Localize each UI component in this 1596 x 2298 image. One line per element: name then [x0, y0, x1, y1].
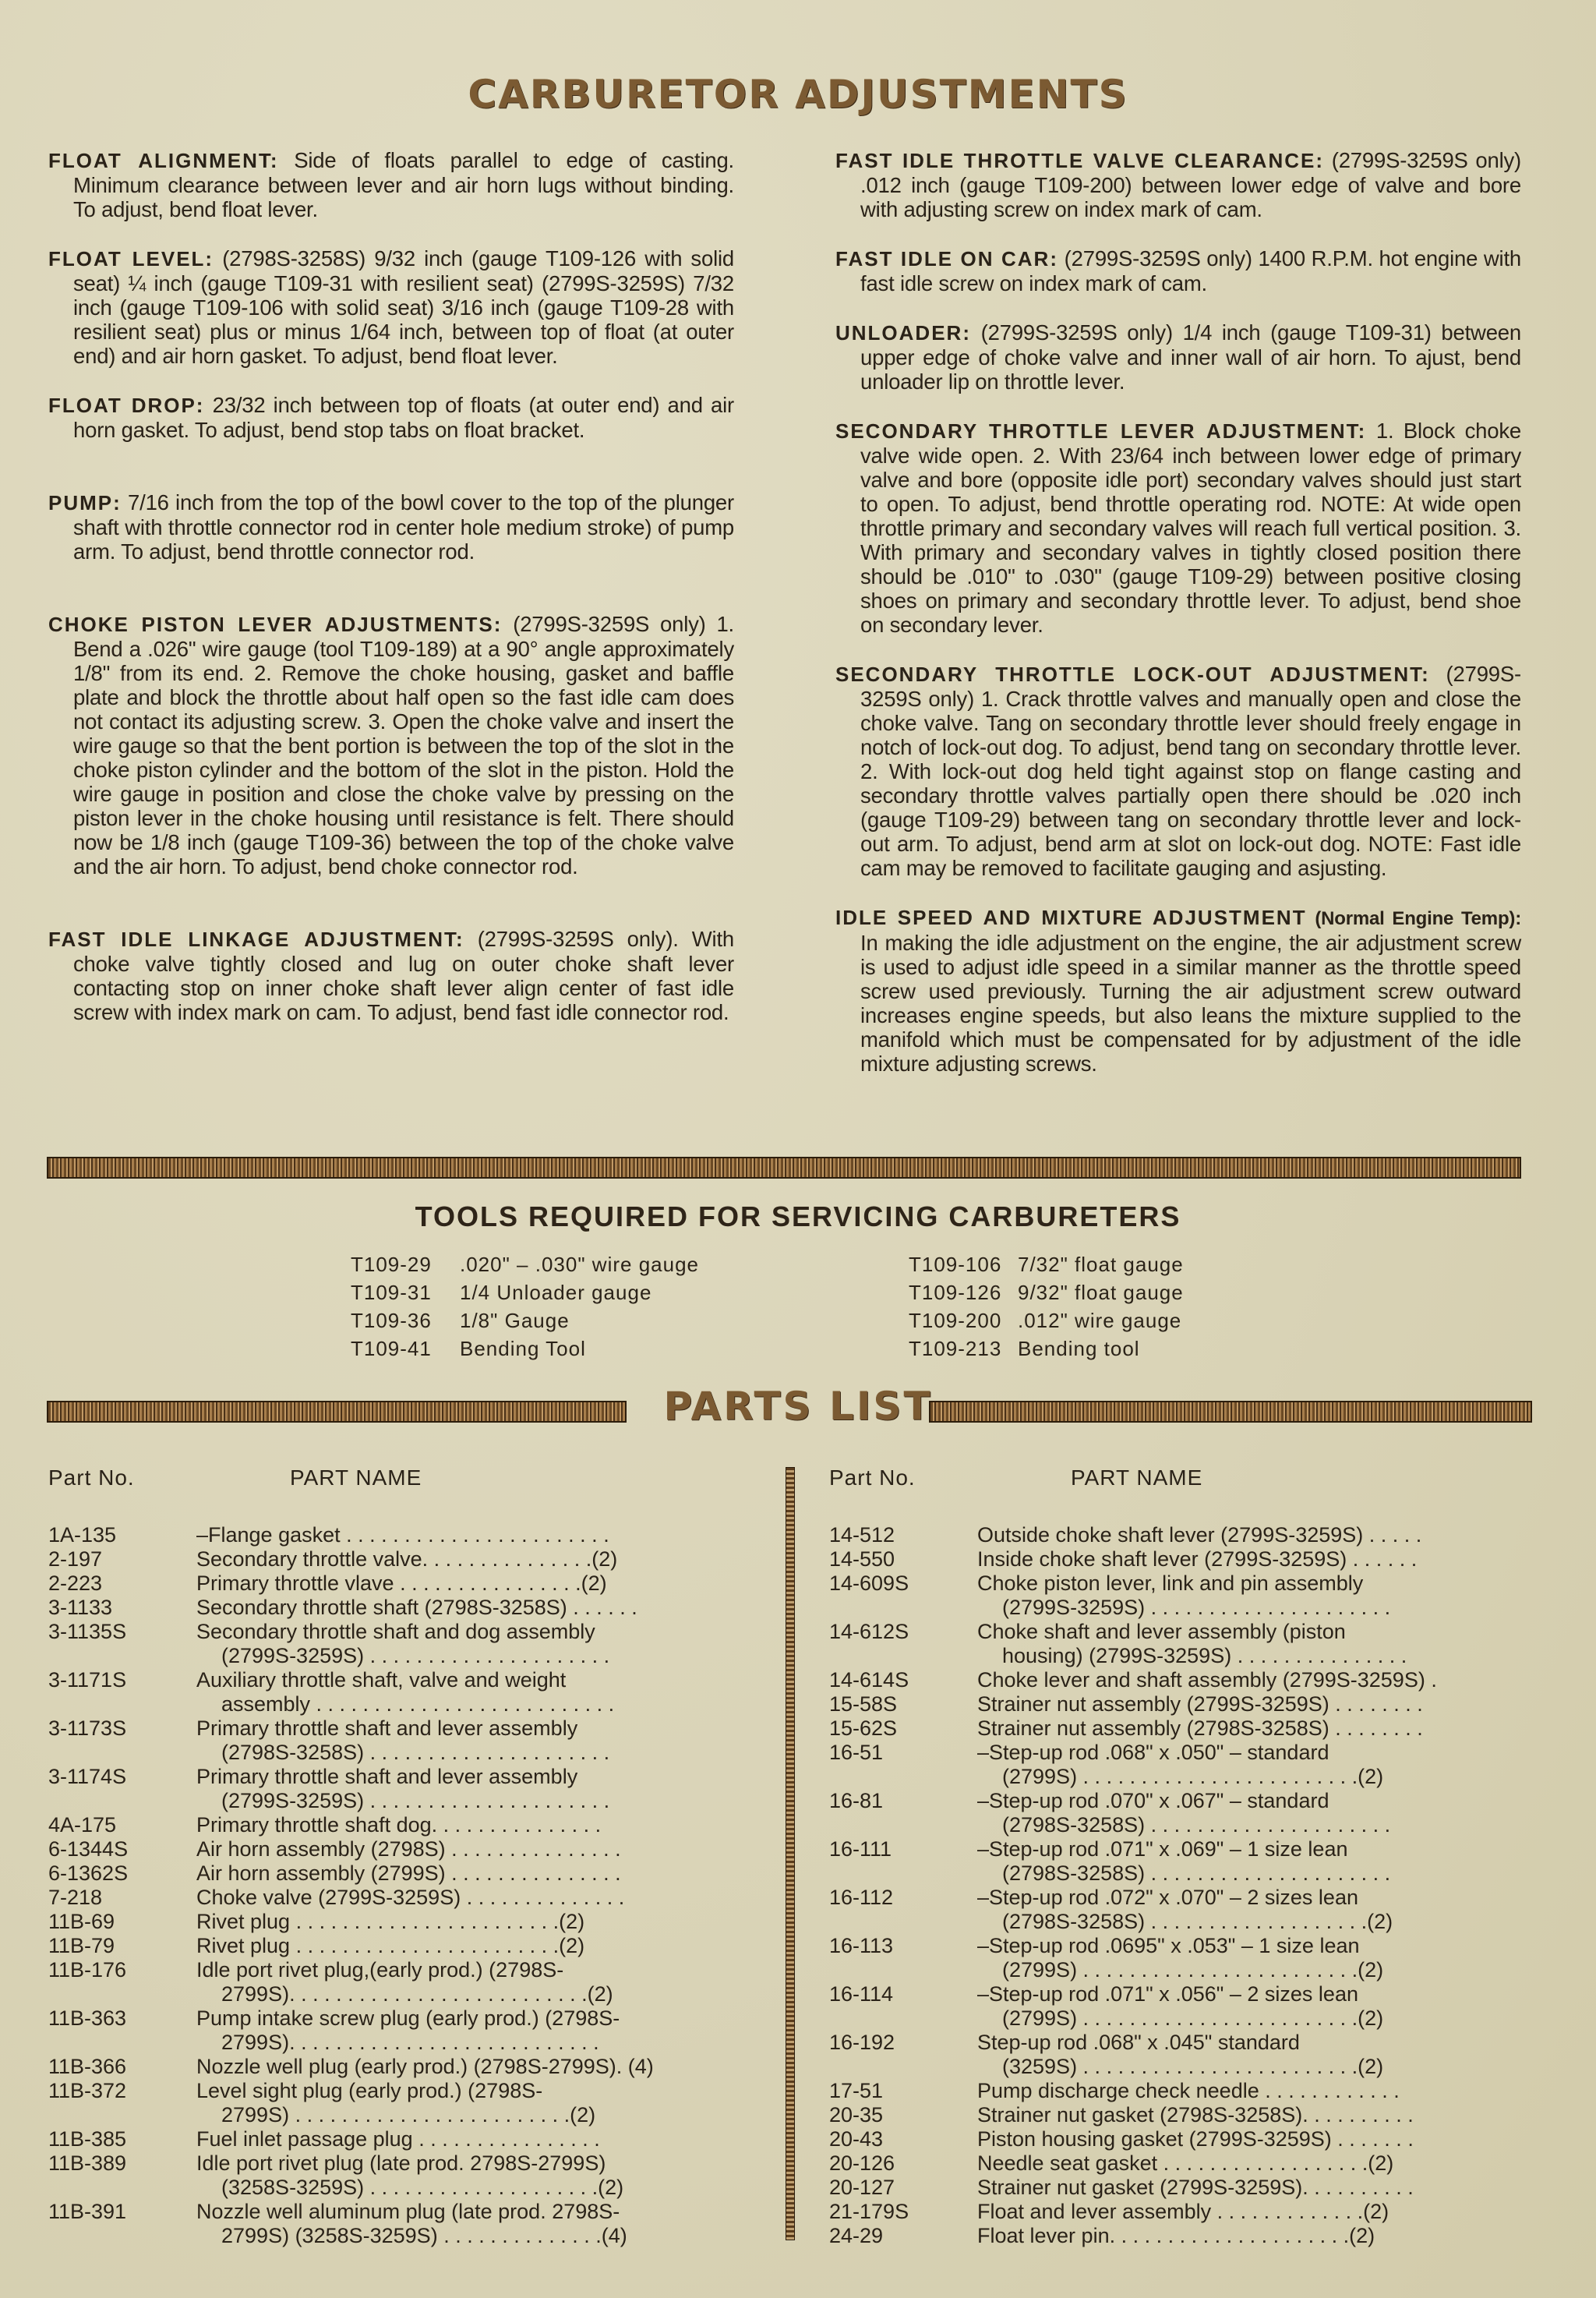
parts-row: 6-1362SAir horn assembly (2799S) . . . .…	[48, 1861, 773, 1886]
part-number: 16-51	[829, 1741, 977, 1789]
tool-code: T109-41	[351, 1335, 460, 1363]
part-name-line: Needle seat gasket . . . . . . . . . . .…	[977, 2151, 1393, 2175]
part-number: 20-43	[829, 2127, 977, 2151]
adjustment-fast-idle-throttle-valve: FAST IDLE THROTTLE VALVE CLEARANCE: (279…	[835, 148, 1521, 221]
part-name-line: Secondary throttle shaft (2798S-3258S) .…	[196, 1596, 637, 1619]
tool-code: T109-106	[909, 1250, 1018, 1278]
adjustment-secondary-throttle-lever: SECONDARY THROTTLE LEVER ADJUSTMENT: 1. …	[835, 419, 1521, 637]
adjustment-fast-idle-on-car: FAST IDLE ON CAR: (2799S-3259S only) 140…	[835, 246, 1521, 295]
part-name: Primary throttle shaft and lever assembl…	[196, 1765, 773, 1813]
part-name: Choke shaft and lever assembly (pistonho…	[977, 1620, 1554, 1668]
part-number: 2-197	[48, 1547, 196, 1571]
part-name: Strainer nut gasket (2798S-3258S). . . .…	[977, 2103, 1554, 2127]
parts-row: 11B-391Nozzle well aluminum plug (late p…	[48, 2200, 773, 2248]
part-number: 11B-372	[48, 2079, 196, 2127]
adjustment-float-drop: FLOAT DROP: 23/32 inch between top of fl…	[48, 393, 734, 442]
part-name: Choke valve (2799S-3259S) . . . . . . . …	[196, 1886, 773, 1910]
part-name-continuation: (2799S) . . . . . . . . . . . . . . . . …	[977, 1958, 1554, 1982]
part-name: Fuel inlet passage plug . . . . . . . . …	[196, 2127, 773, 2151]
part-name-line: Choke shaft and lever assembly (piston	[977, 1620, 1346, 1643]
part-name-line: –Step-up rod .068" x .050" – standard	[977, 1741, 1329, 1764]
part-number: 11B-391	[48, 2200, 196, 2248]
part-name: Nozzle well aluminum plug (late prod. 27…	[196, 2200, 773, 2248]
part-number: 3-1174S	[48, 1765, 196, 1813]
part-number: 16-113	[829, 1934, 977, 1982]
part-number: 3-1171S	[48, 1668, 196, 1716]
part-name-continuation: (2798S-3258S) . . . . . . . . . . . . . …	[977, 1910, 1554, 1934]
part-name-line: Strainer nut assembly (2798S-3258S) . . …	[977, 1716, 1423, 1740]
part-name: Rivet plug . . . . . . . . . . . . . . .…	[196, 1910, 773, 1934]
adjustment-note: (Normal Engine Temp):	[1315, 908, 1521, 929]
part-number: 3-1135S	[48, 1620, 196, 1668]
tool-code: T109-29	[351, 1250, 460, 1278]
part-name: Idle port rivet plug (late prod. 2798S-2…	[196, 2151, 773, 2200]
part-name-line: Piston housing gasket (2799S-3259S) . . …	[977, 2127, 1414, 2151]
adjustment-text: 1. Block choke valve wide open. 2. With …	[860, 419, 1521, 637]
part-number: 20-35	[829, 2103, 977, 2127]
parts-row: 14-614SChoke lever and shaft assembly (2…	[829, 1668, 1554, 1692]
tool-desc: 1/8" Gauge	[460, 1306, 570, 1335]
part-name-line: Choke valve (2799S-3259S) . . . . . . . …	[196, 1886, 624, 1909]
parts-header: Part No. PART NAME	[829, 1465, 1554, 1490]
parts-row: 3-1171SAuxiliary throttle shaft, valve a…	[48, 1668, 773, 1716]
parts-row: 20-127Strainer nut gasket (2799S-3259S).…	[829, 2176, 1554, 2200]
part-name-continuation: 2799S) . . . . . . . . . . . . . . . . .…	[196, 2103, 773, 2127]
part-number: 6-1362S	[48, 1861, 196, 1886]
part-name-line: Rivet plug . . . . . . . . . . . . . . .…	[196, 1934, 584, 1957]
header-part-name: PART NAME	[290, 1465, 422, 1490]
adjustment-heading: CHOKE PISTON LEVER ADJUSTMENTS:	[48, 613, 502, 636]
part-name-continuation: (2799S-3259S) . . . . . . . . . . . . . …	[196, 1644, 773, 1668]
part-name-continuation: (2799S-3259S) . . . . . . . . . . . . . …	[977, 1596, 1554, 1620]
parts-row: 7-218Choke valve (2799S-3259S) . . . . .…	[48, 1886, 773, 1910]
part-name-continuation: (2799S-3259S) . . . . . . . . . . . . . …	[196, 1789, 773, 1813]
part-name-line: Strainer nut assembly (2799S-3259S) . . …	[977, 1692, 1423, 1716]
adjustment-text: In making the idle adjustment on the eng…	[860, 931, 1521, 1076]
parts-row: 15-58SStrainer nut assembly (2799S-3259S…	[829, 1692, 1554, 1716]
part-name: Pump discharge check needle . . . . . . …	[977, 2079, 1554, 2103]
part-name: Nozzle well plug (early prod.) (2798S-27…	[196, 2055, 773, 2079]
parts-row: 14-612SChoke shaft and lever assembly (p…	[829, 1620, 1554, 1668]
parts-row: 20-43Piston housing gasket (2799S-3259S)…	[829, 2127, 1554, 2151]
parts-row: 3-1135SSecondary throttle shaft and dog …	[48, 1620, 773, 1668]
parts-row: 11B-79Rivet plug . . . . . . . . . . . .…	[48, 1934, 773, 1958]
part-name: –Step-up rod .072" x .070" – 2 sizes lea…	[977, 1886, 1554, 1934]
part-name-line: –Step-up rod .070" x .067" – standard	[977, 1789, 1329, 1812]
part-name-continuation: (2798S-3258S) . . . . . . . . . . . . . …	[977, 1861, 1554, 1886]
part-number: 20-126	[829, 2151, 977, 2176]
part-name: Strainer nut assembly (2799S-3259S) . . …	[977, 1692, 1554, 1716]
tool-desc: Bending tool	[1018, 1335, 1140, 1363]
part-number: 16-111	[829, 1837, 977, 1886]
part-name-line: Float lever pin. . . . . . . . . . . . .…	[977, 2224, 1375, 2247]
part-name: –Step-up rod .0695" x .053" – 1 size lea…	[977, 1934, 1554, 1982]
tools-list-left: T109-29.020" – .030" wire gauge T109-311…	[351, 1250, 699, 1363]
tool-desc: .012" wire gauge	[1018, 1306, 1181, 1335]
parts-row: 4A-175Primary throttle shaft dog. . . . …	[48, 1813, 773, 1837]
parts-header: Part No. PART NAME	[48, 1465, 773, 1490]
part-name-line: –Step-up rod .072" x .070" – 2 sizes lea…	[977, 1886, 1358, 1909]
parts-row: 14-512Outside choke shaft lever (2799S-3…	[829, 1523, 1554, 1547]
part-number: 14-550	[829, 1547, 977, 1571]
part-name: Idle port rivet plug,(early prod.) (2798…	[196, 1958, 773, 2006]
adjustment-heading: FAST IDLE LINKAGE ADJUSTMENT:	[48, 928, 464, 951]
part-name: Pump intake screw plug (early prod.) (27…	[196, 2006, 773, 2055]
parts-row: 11B-176Idle port rivet plug,(early prod.…	[48, 1958, 773, 2006]
part-number: 11B-366	[48, 2055, 196, 2079]
part-name-line: Primary throttle shaft and lever assembl…	[196, 1765, 577, 1788]
tool-code: T109-31	[351, 1278, 460, 1306]
part-name-line: –Step-up rod .0695" x .053" – 1 size lea…	[977, 1934, 1360, 1957]
part-name-line: Rivet plug . . . . . . . . . . . . . . .…	[196, 1910, 584, 1933]
parts-row: 16-192Step-up rod .068" x .045" standard…	[829, 2031, 1554, 2079]
part-number: 16-81	[829, 1789, 977, 1837]
tool-desc: 7/32" float gauge	[1018, 1250, 1184, 1278]
parts-row: 11B-363Pump intake screw plug (early pro…	[48, 2006, 773, 2055]
part-name-line: Inside choke shaft lever (2799S-3259S) .…	[977, 1547, 1417, 1571]
parts-row: 6-1344SAir horn assembly (2798S) . . . .…	[48, 1837, 773, 1861]
parts-row: 11B-69Rivet plug . . . . . . . . . . . .…	[48, 1910, 773, 1934]
adjustment-heading: FAST IDLE THROTTLE VALVE CLEARANCE:	[835, 149, 1324, 172]
tool-row: T109-1067/32" float gauge	[909, 1250, 1184, 1278]
adjustment-choke-piston-lever: CHOKE PISTON LEVER ADJUSTMENTS: (2799S-3…	[48, 612, 734, 879]
tool-desc: Bending Tool	[460, 1335, 586, 1363]
adjustment-heading: SECONDARY THROTTLE LEVER ADJUSTMENT:	[835, 419, 1366, 443]
header-part-no: Part No.	[48, 1465, 290, 1490]
parts-row: 16-112–Step-up rod .072" x .070" – 2 siz…	[829, 1886, 1554, 1934]
adjustment-idle-speed-mixture: IDLE SPEED AND MIXTURE ADJUSTMENT (Norma…	[835, 905, 1521, 1076]
parts-row: 3-1174SPrimary throttle shaft and lever …	[48, 1765, 773, 1813]
part-number: 3-1133	[48, 1596, 196, 1620]
adjustment-text: (2799S-3259S only) 1. Bend a .026" wire …	[73, 612, 734, 879]
parts-row: 3-1133Secondary throttle shaft (2798S-32…	[48, 1596, 773, 1620]
tool-row: T109-311/4 Unloader gauge	[351, 1278, 699, 1306]
tool-row: T109-361/8" Gauge	[351, 1306, 699, 1335]
part-name: Strainer nut gasket (2799S-3259S). . . .…	[977, 2176, 1554, 2200]
adjustment-heading: FAST IDLE ON CAR:	[835, 247, 1058, 270]
part-name-continuation: (2798S-3258S) . . . . . . . . . . . . . …	[977, 1813, 1554, 1837]
part-name: Step-up rod .068" x .045" standard(3259S…	[977, 2031, 1554, 2079]
adjustments-right-column: FAST IDLE THROTTLE VALVE CLEARANCE: (279…	[835, 148, 1521, 1101]
parts-row: 24-29Float lever pin. . . . . . . . . . …	[829, 2224, 1554, 2248]
part-name: Primary throttle shaft and lever assembl…	[196, 1716, 773, 1765]
header-part-no: Part No.	[829, 1465, 1071, 1490]
part-name-line: Strainer nut gasket (2799S-3259S). . . .…	[977, 2176, 1414, 2199]
part-name-line: Primary throttle shaft and lever assembl…	[196, 1716, 577, 1740]
part-name-line: Float and lever assembly . . . . . . . .…	[977, 2200, 1389, 2223]
tool-code: T109-126	[909, 1278, 1018, 1306]
part-number: 3-1173S	[48, 1716, 196, 1765]
part-number: 11B-385	[48, 2127, 196, 2151]
part-name: Air horn assembly (2799S) . . . . . . . …	[196, 1861, 773, 1886]
part-name: Auxiliary throttle shaft, valve and weig…	[196, 1668, 773, 1716]
column-divider	[786, 1467, 795, 2240]
part-name-line: Strainer nut gasket (2798S-3258S). . . .…	[977, 2103, 1414, 2127]
part-number: 21-179S	[829, 2200, 977, 2224]
parts-row: 16-81–Step-up rod .070" x .067" – standa…	[829, 1789, 1554, 1837]
part-name-line: –Step-up rod .071" x .069" – 1 size lean	[977, 1837, 1347, 1861]
parts-row: 1A-135–Flange gasket . . . . . . . . . .…	[48, 1523, 773, 1547]
adjustment-heading: FLOAT LEVEL:	[48, 247, 214, 270]
parts-row: 21-179SFloat and lever assembly . . . . …	[829, 2200, 1554, 2224]
parts-table-left: Part No. PART NAME 1A-135–Flange gasket …	[48, 1465, 773, 2248]
part-name: Float lever pin. . . . . . . . . . . . .…	[977, 2224, 1554, 2248]
tools-list-right: T109-1067/32" float gauge T109-1269/32" …	[909, 1250, 1184, 1363]
parts-row: 11B-385Fuel inlet passage plug . . . . .…	[48, 2127, 773, 2151]
part-name: Secondary throttle valve. . . . . . . . …	[196, 1547, 773, 1571]
adjustment-heading: SECONDARY THROTTLE LOCK-OUT ADJUSTMENT:	[835, 663, 1430, 686]
part-number: 14-612S	[829, 1620, 977, 1668]
adjustment-text: (2799S-3259S only) 1. Crack throttle val…	[860, 662, 1521, 880]
part-number: 16-112	[829, 1886, 977, 1934]
adjustment-text: 7/16 inch from the top of the bowl cover…	[73, 490, 734, 564]
part-number: 16-192	[829, 2031, 977, 2079]
parts-row: 16-51–Step-up rod .068" x .050" – standa…	[829, 1741, 1554, 1789]
tools-title: TOOLS REQUIRED FOR SERVICING CARBURETERS	[0, 1200, 1596, 1233]
parts-row: 15-62SStrainer nut assembly (2798S-3258S…	[829, 1716, 1554, 1741]
part-name-line: Primary throttle shaft dog. . . . . . . …	[196, 1813, 601, 1837]
parts-table-right: Part No. PART NAME 14-512Outside choke s…	[829, 1465, 1554, 2248]
tool-desc: .020" – .030" wire gauge	[460, 1250, 699, 1278]
part-number: 15-62S	[829, 1716, 977, 1741]
part-name-line: Choke lever and shaft assembly (2799S-32…	[977, 1668, 1437, 1692]
parts-row: 11B-372Level sight plug (early prod.) (2…	[48, 2079, 773, 2127]
tool-code: T109-200	[909, 1306, 1018, 1335]
parts-row: 20-35Strainer nut gasket (2798S-3258S). …	[829, 2103, 1554, 2127]
part-name: Needle seat gasket . . . . . . . . . . .…	[977, 2151, 1554, 2176]
adjustment-fast-idle-linkage: FAST IDLE LINKAGE ADJUSTMENT: (2799S-325…	[48, 927, 734, 1024]
part-number: 14-609S	[829, 1571, 977, 1620]
part-name-line: Auxiliary throttle shaft, valve and weig…	[196, 1668, 566, 1692]
adjustment-float-level: FLOAT LEVEL: (2798S-3258S) 9/32 inch (ga…	[48, 246, 734, 368]
part-name-continuation: assembly . . . . . . . . . . . . . . . .…	[196, 1692, 773, 1716]
part-number: 11B-79	[48, 1934, 196, 1958]
part-number: 11B-363	[48, 2006, 196, 2055]
parts-row: 11B-366Nozzle well plug (early prod.) (2…	[48, 2055, 773, 2079]
part-name-line: Idle port rivet plug (late prod. 2798S-2…	[196, 2151, 606, 2175]
adjustment-heading: PUMP:	[48, 491, 122, 514]
part-name: –Step-up rod .068" x .050" – standard(27…	[977, 1741, 1554, 1789]
parts-row: 14-550Inside choke shaft lever (2799S-32…	[829, 1547, 1554, 1571]
adjustment-unloader: UNLOADER: (2799S-3259S only) 1/4 inch (g…	[835, 320, 1521, 394]
part-name-continuation: 2799S) (3258S-3259S) . . . . . . . . . .…	[196, 2224, 773, 2248]
tool-code: T109-36	[351, 1306, 460, 1335]
tool-desc: 9/32" float gauge	[1018, 1278, 1184, 1306]
header-part-name: PART NAME	[1071, 1465, 1202, 1490]
part-number: 17-51	[829, 2079, 977, 2103]
part-number: 7-218	[48, 1886, 196, 1910]
part-name-line: Air horn assembly (2799S) . . . . . . . …	[196, 1861, 621, 1885]
part-name-continuation: 2799S). . . . . . . . . . . . . . . . . …	[196, 2031, 773, 2055]
tool-row: T109-213Bending tool	[909, 1335, 1184, 1363]
part-number: 6-1344S	[48, 1837, 196, 1861]
parts-band-right	[929, 1401, 1532, 1423]
part-number: 11B-176	[48, 1958, 196, 2006]
part-name: Float and lever assembly . . . . . . . .…	[977, 2200, 1554, 2224]
part-name-line: Pump intake screw plug (early prod.) (27…	[196, 2006, 620, 2030]
part-name: Strainer nut assembly (2798S-3258S) . . …	[977, 1716, 1554, 1741]
part-name: Outside choke shaft lever (2799S-3259S) …	[977, 1523, 1554, 1547]
parts-row: 2-223Primary throttle vlave . . . . . . …	[48, 1571, 773, 1596]
part-name: –Step-up rod .071" x .069" – 1 size lean…	[977, 1837, 1554, 1886]
part-name: Rivet plug . . . . . . . . . . . . . . .…	[196, 1934, 773, 1958]
part-name-line: Primary throttle vlave . . . . . . . . .…	[196, 1571, 607, 1595]
part-name-line: Nozzle well plug (early prod.) (2798S-27…	[196, 2055, 654, 2078]
tool-row: T109-1269/32" float gauge	[909, 1278, 1184, 1306]
part-name: Choke piston lever, link and pin assembl…	[977, 1571, 1554, 1620]
page-title: CARBURETOR ADJUSTMENTS	[0, 72, 1596, 117]
parts-row: 20-126Needle seat gasket . . . . . . . .…	[829, 2151, 1554, 2176]
part-name: Piston housing gasket (2799S-3259S) . . …	[977, 2127, 1554, 2151]
parts-row: 3-1173SPrimary throttle shaft and lever …	[48, 1716, 773, 1765]
section-divider-band	[47, 1157, 1521, 1179]
parts-row: 16-114–Step-up rod .071" x .056" – 2 siz…	[829, 1982, 1554, 2031]
part-number: 11B-389	[48, 2151, 196, 2200]
part-name-continuation: (3258S-3259S) . . . . . . . . . . . . . …	[196, 2176, 773, 2200]
part-number: 2-223	[48, 1571, 196, 1596]
part-name-continuation: 2799S). . . . . . . . . . . . . . . . . …	[196, 1982, 773, 2006]
part-number: 14-614S	[829, 1668, 977, 1692]
part-number: 1A-135	[48, 1523, 196, 1547]
part-name-continuation: (2799S) . . . . . . . . . . . . . . . . …	[977, 2006, 1554, 2031]
parts-row: 2-197Secondary throttle valve. . . . . .…	[48, 1547, 773, 1571]
part-number: 16-114	[829, 1982, 977, 2031]
part-name-continuation: (3259S) . . . . . . . . . . . . . . . . …	[977, 2055, 1554, 2079]
part-name-continuation: (2799S) . . . . . . . . . . . . . . . . …	[977, 1765, 1554, 1789]
part-name-line: Outside choke shaft lever (2799S-3259S) …	[977, 1523, 1421, 1547]
adjustment-secondary-lock-out: SECONDARY THROTTLE LOCK-OUT ADJUSTMENT: …	[835, 662, 1521, 880]
parts-row: 11B-389Idle port rivet plug (late prod. …	[48, 2151, 773, 2200]
adjustment-heading: FLOAT ALIGNMENT:	[48, 149, 279, 172]
part-name: Secondary throttle shaft (2798S-3258S) .…	[196, 1596, 773, 1620]
part-name: Secondary throttle shaft and dog assembl…	[196, 1620, 773, 1668]
part-name-line: Secondary throttle shaft and dog assembl…	[196, 1620, 595, 1643]
adjustment-pump: PUMP: 7/16 inch from the top of the bowl…	[48, 490, 734, 564]
parts-row: 17-51Pump discharge check needle . . . .…	[829, 2079, 1554, 2103]
tool-row: T109-29.020" – .030" wire gauge	[351, 1250, 699, 1278]
part-name: –Step-up rod .071" x .056" – 2 sizes lea…	[977, 1982, 1554, 2031]
part-name: –Step-up rod .070" x .067" – standard(27…	[977, 1789, 1554, 1837]
tool-row: T109-41Bending Tool	[351, 1335, 699, 1363]
part-name-line: Secondary throttle valve. . . . . . . . …	[196, 1547, 617, 1571]
parts-row: 14-609SChoke piston lever, link and pin …	[829, 1571, 1554, 1620]
part-name-line: Fuel inlet passage plug . . . . . . . . …	[196, 2127, 600, 2151]
part-name-line: –Step-up rod .071" x .056" – 2 sizes lea…	[977, 1982, 1358, 2006]
adjustment-float-alignment: FLOAT ALIGNMENT: Side of floats parallel…	[48, 148, 734, 221]
adjustment-heading: IDLE SPEED AND MIXTURE ADJUSTMENT	[835, 906, 1307, 929]
part-name-line: Idle port rivet plug,(early prod.) (2798…	[196, 1958, 563, 1982]
adjustment-heading: FLOAT DROP:	[48, 394, 204, 417]
part-name-line: Air horn assembly (2798S) . . . . . . . …	[196, 1837, 621, 1861]
part-name: Choke lever and shaft assembly (2799S-32…	[977, 1668, 1554, 1692]
part-name: Level sight plug (early prod.) (2798S-27…	[196, 2079, 773, 2127]
part-name: Inside choke shaft lever (2799S-3259S) .…	[977, 1547, 1554, 1571]
part-number: 15-58S	[829, 1692, 977, 1716]
adjustment-heading: UNLOADER:	[835, 321, 971, 345]
part-number: 4A-175	[48, 1813, 196, 1837]
parts-row: 16-113–Step-up rod .0695" x .053" – 1 si…	[829, 1934, 1554, 1982]
part-name-line: Step-up rod .068" x .045" standard	[977, 2031, 1300, 2054]
part-name: Primary throttle vlave . . . . . . . . .…	[196, 1571, 773, 1596]
part-name: –Flange gasket . . . . . . . . . . . . .…	[196, 1523, 773, 1547]
tool-desc: 1/4 Unloader gauge	[460, 1278, 651, 1306]
part-number: 11B-69	[48, 1910, 196, 1934]
part-number: 14-512	[829, 1523, 977, 1547]
parts-row: 16-111–Step-up rod .071" x .069" – 1 siz…	[829, 1837, 1554, 1886]
part-name: Air horn assembly (2798S) . . . . . . . …	[196, 1837, 773, 1861]
part-number: 24-29	[829, 2224, 977, 2248]
part-name-line: Nozzle well aluminum plug (late prod. 27…	[196, 2200, 620, 2223]
tool-code: T109-213	[909, 1335, 1018, 1363]
part-name-line: Choke piston lever, link and pin assembl…	[977, 1571, 1363, 1595]
part-name: Primary throttle shaft dog. . . . . . . …	[196, 1813, 773, 1837]
part-name-line: Level sight plug (early prod.) (2798S-	[196, 2079, 542, 2102]
part-name-continuation: (2798S-3258S) . . . . . . . . . . . . . …	[196, 1741, 773, 1765]
part-name-continuation: housing) (2799S-3259S) . . . . . . . . .…	[977, 1644, 1554, 1668]
tool-row: T109-200.012" wire gauge	[909, 1306, 1184, 1335]
part-number: 20-127	[829, 2176, 977, 2200]
part-name-line: Pump discharge check needle . . . . . . …	[977, 2079, 1400, 2102]
adjustments-left-column: FLOAT ALIGNMENT: Side of floats parallel…	[48, 148, 734, 1049]
part-name-line: –Flange gasket . . . . . . . . . . . . .…	[196, 1523, 609, 1547]
